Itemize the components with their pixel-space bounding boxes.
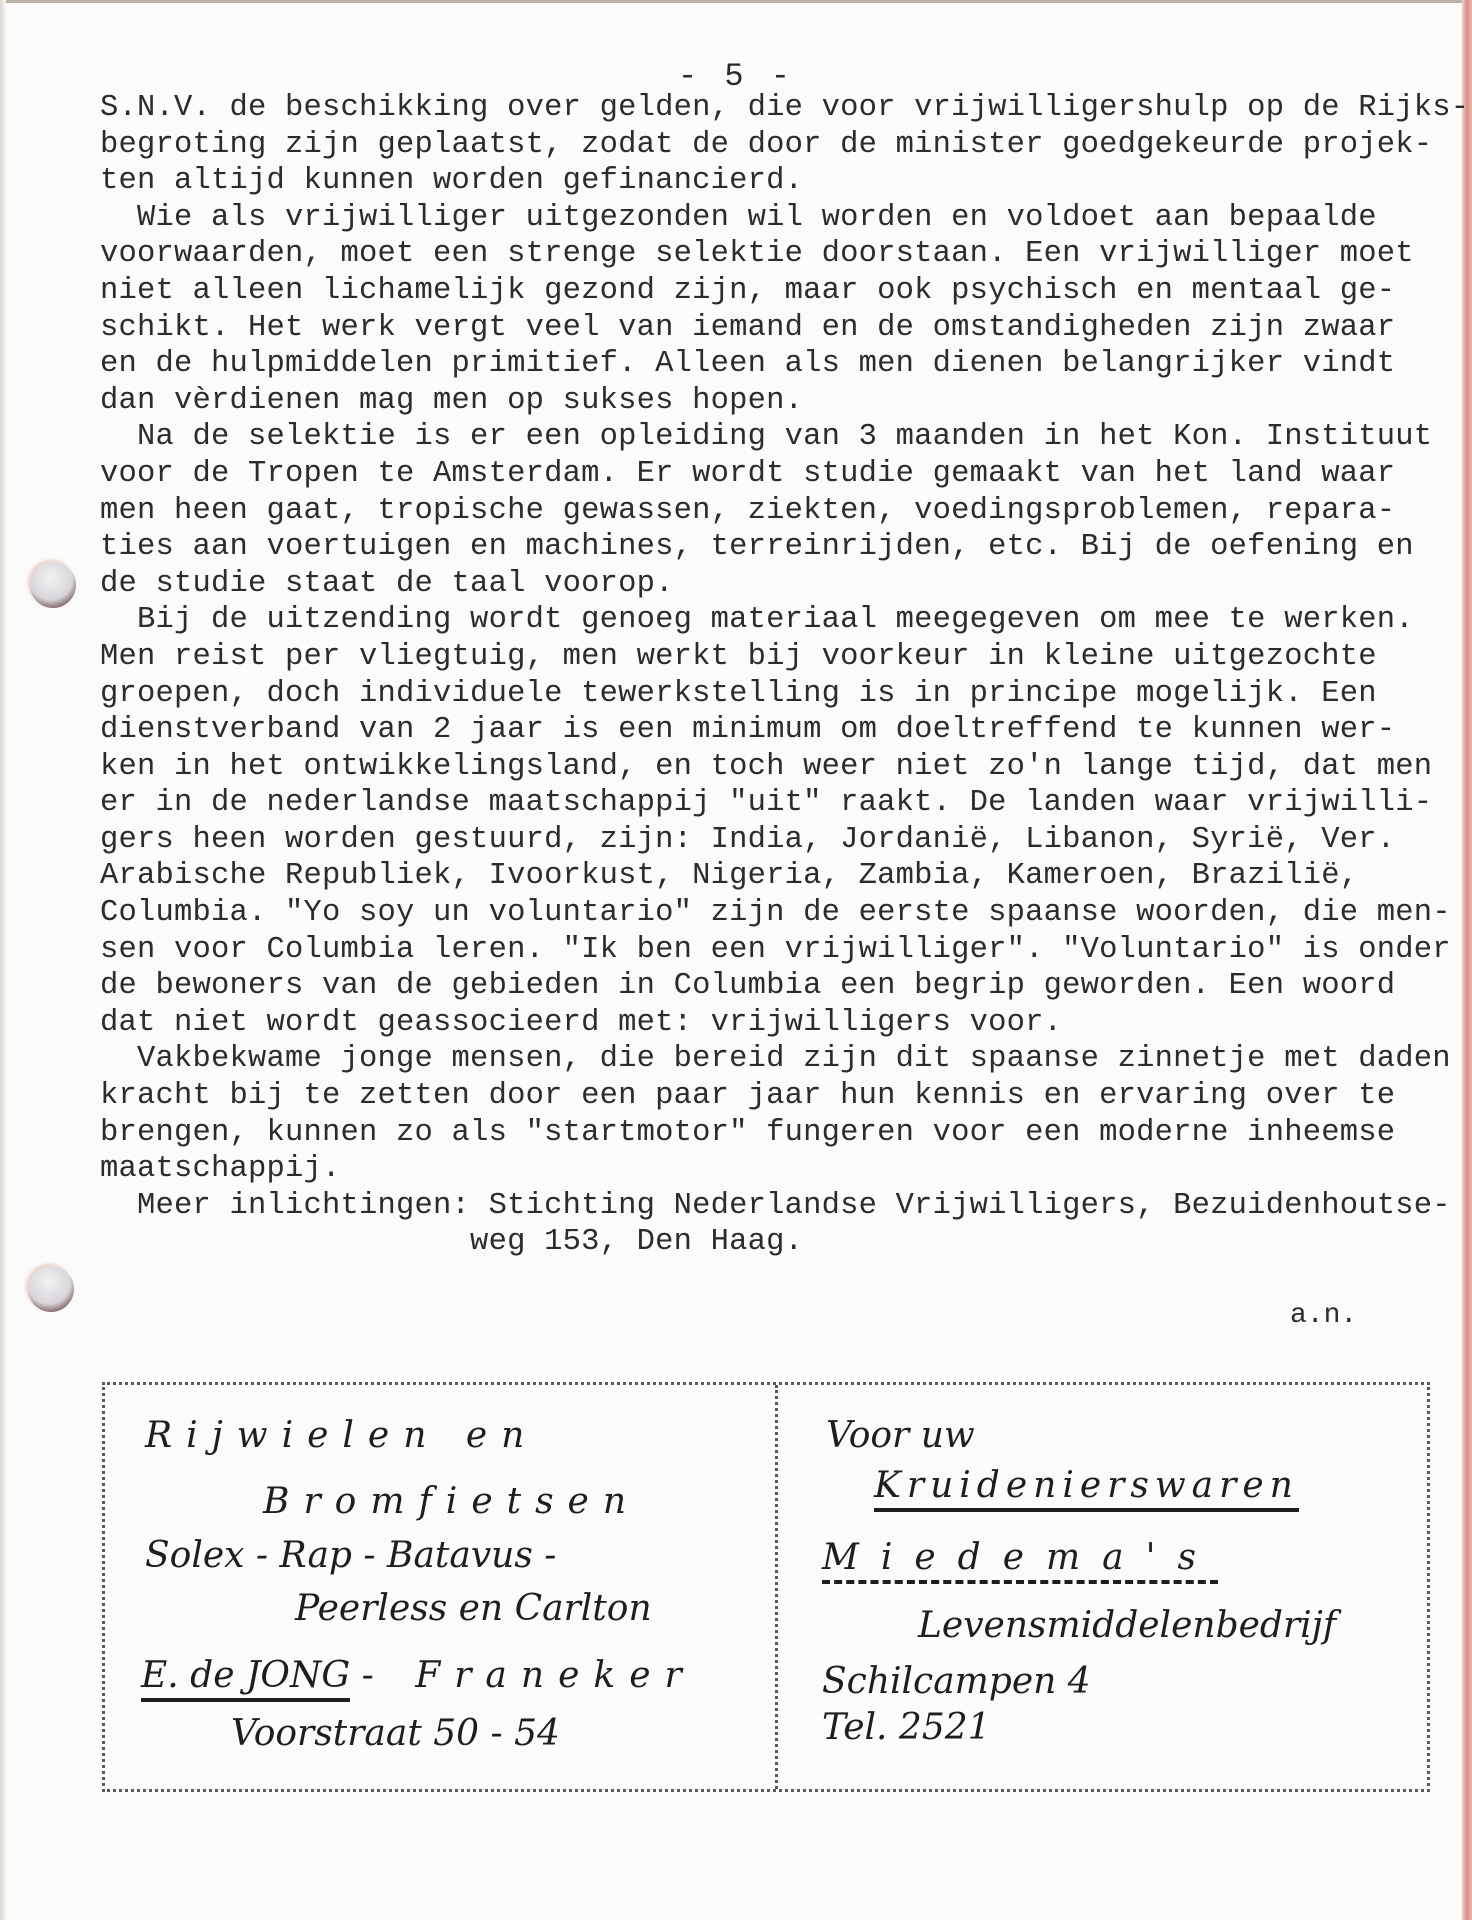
ad-address: Voorstraat 50 - 54 <box>231 1713 560 1754</box>
article-line: kracht bij te zetten door een paar jaar … <box>100 1078 1460 1115</box>
article-line: er in de nederlandse maatschappij "uit" … <box>100 785 1460 822</box>
ad-city: Franeker <box>415 1655 695 1696</box>
article-line: dat niet wordt geassocieerd met: vrijwil… <box>100 1005 1460 1042</box>
article-line: de studie staat de taal voorop. <box>100 566 1460 603</box>
article-line: Vakbekwame jonge mensen, die bereid zijn… <box>100 1041 1460 1078</box>
article-line: Meer inlichtingen: Stichting Nederlandse… <box>100 1188 1460 1225</box>
article-line: en de hulpmiddelen primitief. Alleen als… <box>100 346 1460 383</box>
ad-business-name: Miedema's <box>822 1537 1218 1584</box>
ad-heading-line-1: Rijwielen en <box>145 1415 538 1456</box>
article-line: maatschappij. <box>100 1151 1460 1188</box>
advertisement-grocery-shop: Voor uw Kruidenierswaren Miedema's Leven… <box>778 1385 1430 1789</box>
article-line: dan vèrdienen mag men op sukses hopen. <box>100 383 1460 420</box>
article-line: voorwaarden, moet een strenge selektie d… <box>100 236 1460 273</box>
ad-phone: Tel. 2521 <box>822 1707 991 1748</box>
ad-business-name: E. de JONG <box>141 1655 350 1702</box>
article-line: groepen, doch individuele tewerkstelling… <box>100 676 1460 713</box>
ad-heading-line-2: Bromfietsen <box>263 1481 640 1522</box>
ad-heading-line-1: Voor uw <box>826 1415 975 1456</box>
article-line: sen voor Columbia leren. "Ik ben een vri… <box>100 932 1460 969</box>
article-line: schikt. Het werk vergt veel van iemand e… <box>100 310 1460 347</box>
article-line: Wie als vrijwilliger uitgezonden wil wor… <box>100 200 1460 237</box>
page-edge-shadow <box>0 0 6 1920</box>
ad-brands-line-1: Solex - Rap - Batavus - <box>145 1535 556 1576</box>
article-line: ten altijd kunnen worden gefinancierd. <box>100 163 1460 200</box>
article-line: brengen, kunnen zo als "startmotor" fung… <box>100 1115 1460 1152</box>
article-line: dienstverband van 2 jaar is een minimum … <box>100 712 1460 749</box>
ad-separator: - <box>350 1655 385 1696</box>
article-line: gers heen worden gestuurd, zijn: India, … <box>100 822 1460 859</box>
article-body: S.N.V. de beschikking over gelden, die v… <box>100 90 1460 1261</box>
ad-address: Schilcampen 4 <box>822 1661 1091 1702</box>
ad-heading-line-2: Kruidenierswaren <box>874 1465 1299 1512</box>
article-line: niet alleen lichamelijk gezond zijn, maa… <box>100 273 1460 310</box>
ad-business-line: E. de JONG - Franeker <box>141 1655 696 1696</box>
page-edge-stripe <box>1462 0 1472 1920</box>
article-line: S.N.V. de beschikking over gelden, die v… <box>100 90 1460 127</box>
article-line: Na de selektie is er een opleiding van 3… <box>100 419 1460 456</box>
article-line: voor de Tropen te Amsterdam. Er wordt st… <box>100 456 1460 493</box>
punch-hole-icon <box>30 562 76 608</box>
advertisement-bicycle-shop: Rijwielen en Bromfietsen Solex - Rap - B… <box>105 1385 775 1789</box>
punch-hole-icon <box>28 1266 74 1312</box>
ad-brands-line-2: Peerless en Carlton <box>295 1588 652 1629</box>
article-line: Men reist per vliegtuig, men werkt bij v… <box>100 639 1460 676</box>
article-line: de bewoners van de gebieden in Columbia … <box>100 968 1460 1005</box>
article-line: begroting zijn geplaatst, zodat de door … <box>100 127 1460 164</box>
article-line: men heen gaat, tropische gewassen, ziekt… <box>100 493 1460 530</box>
author-signature: a.n. <box>1290 1300 1357 1331</box>
article-line: ties aan voertuigen en machines, terrein… <box>100 529 1460 566</box>
article-line: Bij de uitzending wordt genoeg materiaal… <box>100 602 1460 639</box>
article-line: Columbia. "Yo soy un voluntario" zijn de… <box>100 895 1460 932</box>
advertisement-frame: Rijwielen en Bromfietsen Solex - Rap - B… <box>102 1382 1430 1792</box>
ad-subheading: Levensmiddelenbedrijf <box>918 1605 1336 1646</box>
article-line: ken in het ontwikkelingsland, en toch we… <box>100 749 1460 786</box>
article-line: weg 153, Den Haag. <box>100 1224 1460 1261</box>
article-line: Arabische Republiek, Ivoorkust, Nigeria,… <box>100 858 1460 895</box>
